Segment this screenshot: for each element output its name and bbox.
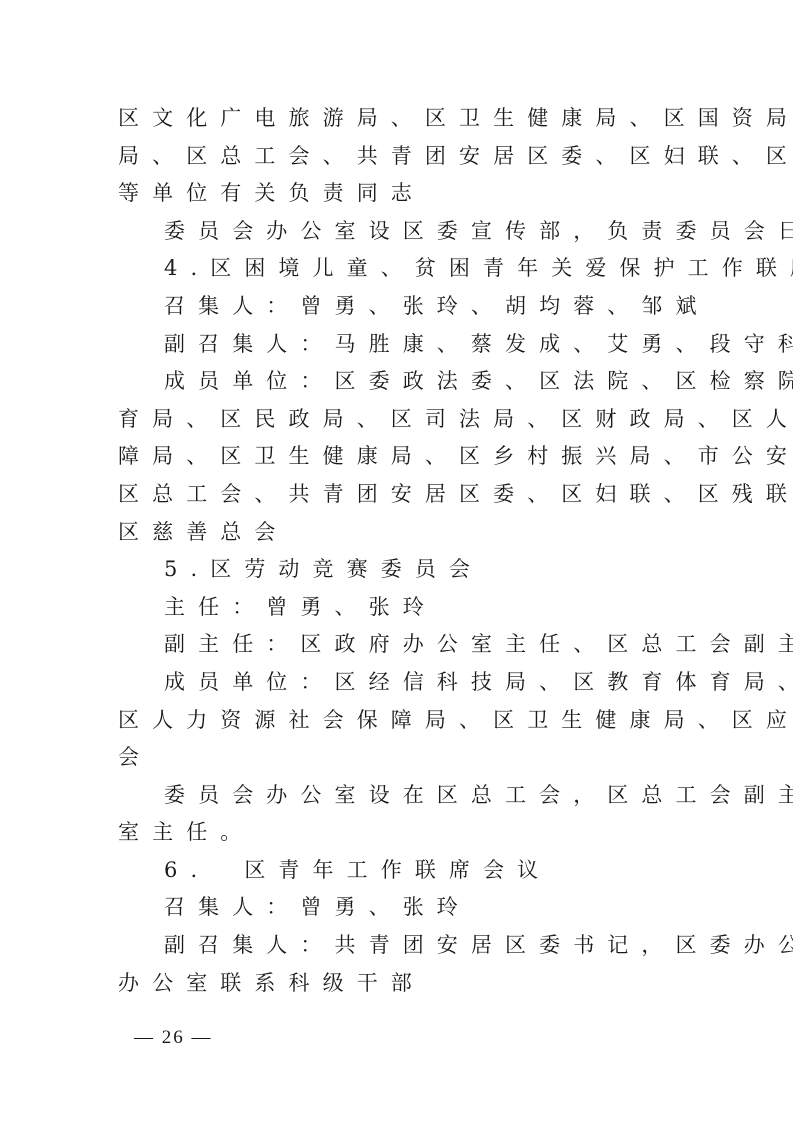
deputy-convener-line: 副召集人：马胜康、蔡发成、艾勇、段守科 bbox=[118, 326, 678, 364]
section-heading-6: 6. 区青年工作联席会议 bbox=[118, 852, 678, 890]
text-line: 区人力资源社会保障局、区卫生健康局、区应急局、区总工 bbox=[118, 702, 678, 740]
text-line: 等单位有关负责同志 bbox=[118, 175, 678, 213]
text-line: 区慈善总会 bbox=[118, 514, 678, 552]
text-line: 区总工会、共青团安居区委、区妇联、区残联、区关工委、 bbox=[118, 476, 678, 514]
document-body: 区文化广电旅游局、区卫生健康局、区国资局、区市场监管 局、区总工会、共青团安居区… bbox=[118, 100, 678, 1002]
member-units-paragraph: 成员单位：区经信科技局、区教育体育局、区财政局、 bbox=[118, 664, 678, 702]
convener-line: 召集人：曾勇、张玲、胡均蓉、邹斌 bbox=[118, 288, 678, 326]
deputy-director-line: 副主任：区政府办公室主任、区总工会副主席 bbox=[118, 626, 678, 664]
page-number: — 26 — bbox=[134, 1027, 213, 1049]
text-line: 区文化广电旅游局、区卫生健康局、区国资局、区市场监管 bbox=[118, 100, 678, 138]
convener-line: 召集人：曾勇、张玲 bbox=[118, 889, 678, 927]
text-line: 育局、区民政局、区司法局、区财政局、区人力资源社会保 bbox=[118, 401, 678, 439]
member-units-paragraph: 成员单位：区委政法委、区法院、区检察院、区教育体 bbox=[118, 363, 678, 401]
text-line: 障局、区卫生健康局、区乡村振兴局、市公安局安居区分局、 bbox=[118, 438, 678, 476]
text-line: 会 bbox=[118, 739, 678, 777]
text-line: 局、区总工会、共青团安居区委、区妇联、区文联、区残联 bbox=[118, 138, 678, 176]
section-heading-4: 4.区困境儿童、贫困青年关爱保护工作联席会议制度 bbox=[118, 250, 678, 288]
deputy-convener-line: 副召集人：共青团安居区委书记，区委办公室、区政府 bbox=[118, 927, 678, 965]
director-line: 主任：曾勇、张玲 bbox=[118, 589, 678, 627]
text-line: 室主任。 bbox=[118, 814, 678, 852]
office-note-paragraph: 委员会办公室设在区总工会，区总工会副主席兼任办公 bbox=[118, 777, 678, 815]
office-note-paragraph: 委员会办公室设区委宣传部，负责委员会日常工作。 bbox=[118, 213, 678, 251]
section-heading-5: 5.区劳动竞赛委员会 bbox=[118, 551, 678, 589]
text-line: 办公室联系科级干部 bbox=[118, 965, 678, 1003]
